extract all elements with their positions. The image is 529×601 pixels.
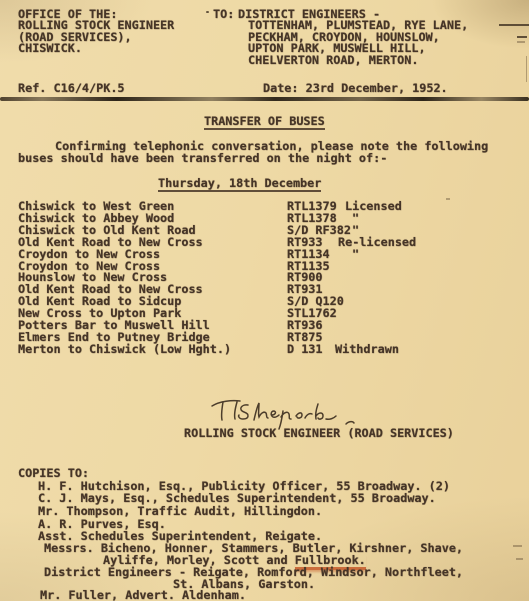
scan-mark <box>516 558 523 560</box>
document-title: TRANSFER OF BUSES <box>204 115 325 130</box>
copies-line: C. J. Mays, Esq., Schedules Superintende… <box>38 492 436 504</box>
intro-line: buses should have been transferred on th… <box>18 152 387 164</box>
transfer-fleet: D 131 <box>287 343 323 355</box>
transfer-status-ditto: " <box>352 248 359 260</box>
memo-document: OFFICE OF THE: ROLLING STOCK ENGINEER (R… <box>0 0 529 601</box>
scan-mark <box>517 41 525 43</box>
recipient-line: CHELVERTON ROAD, MERTON. <box>248 54 418 66</box>
transfer-row: Merton to Chiswick (Low Hght.) D 131 Wit… <box>0 343 529 355</box>
signatory-title: ROLLING STOCK ENGINEER (ROAD SERVICES) <box>184 427 454 439</box>
transfer-date-heading: Thursday, 18th December <box>158 177 321 192</box>
header-divider-line <box>0 97 529 101</box>
scan-mark <box>517 36 527 38</box>
reference-number: Ref. C16/4/PK.5 <box>18 82 125 94</box>
copies-heading: COPIES TO: <box>18 467 89 479</box>
sender-line: CHISWICK. <box>18 42 82 54</box>
scan-mark <box>526 56 527 82</box>
scan-mark <box>513 545 522 547</box>
copies-line: Mr. Thompson, Traffic Audit, Hillingdon. <box>38 505 322 517</box>
scan-speck <box>446 198 450 200</box>
transfer-status: Withdrawn <box>335 343 399 355</box>
document-date: Date: 23rd December, 1952. <box>263 82 448 94</box>
transfer-status: Re-licensed <box>338 236 416 248</box>
scan-speck <box>206 11 209 13</box>
transfer-route: Merton to Chiswick (Low Hght.) <box>18 343 231 355</box>
scan-mark <box>499 24 529 26</box>
copies-line: Mr. Fuller, Advert. Aldenham. <box>40 589 246 601</box>
to-label: TO: <box>213 8 234 20</box>
